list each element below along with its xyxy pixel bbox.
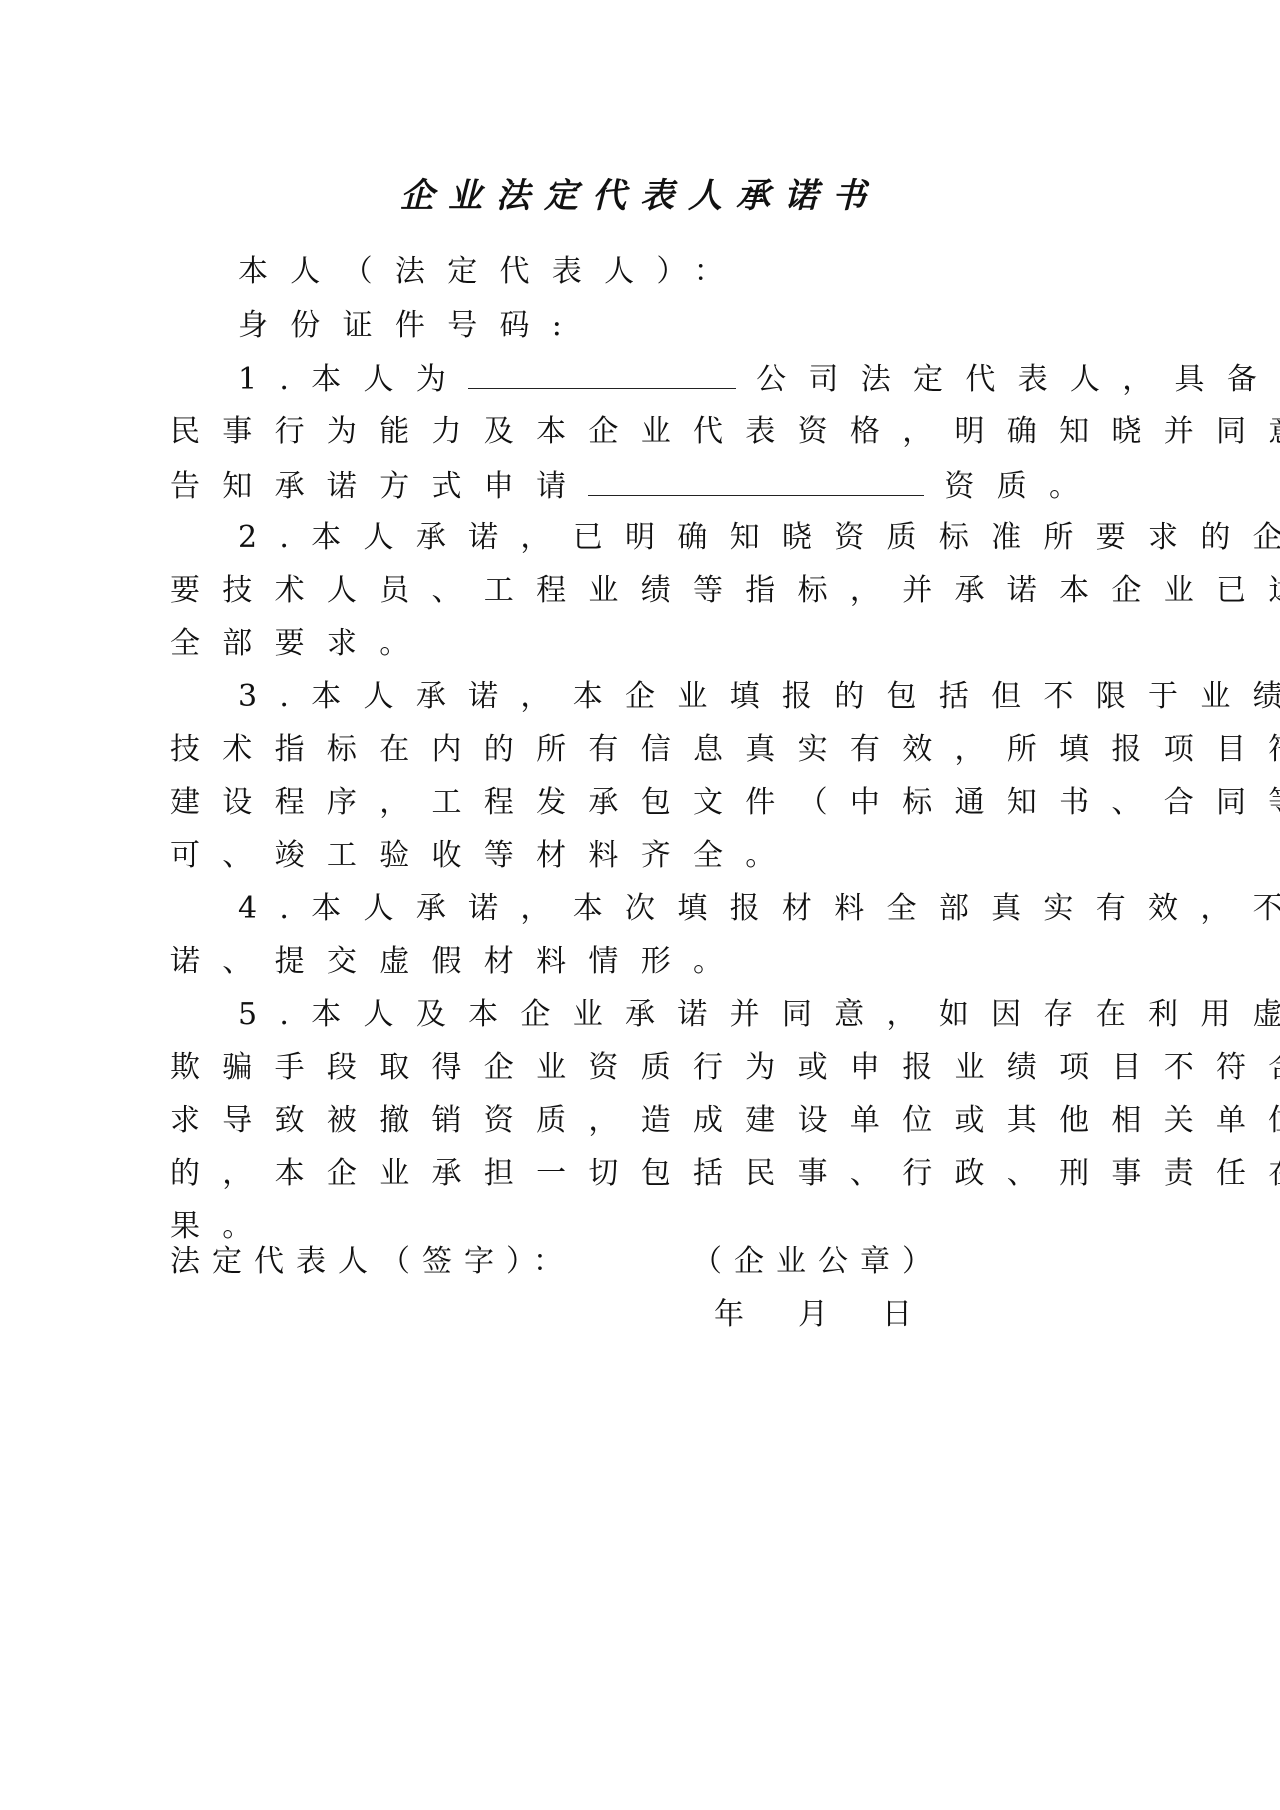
clause-3-line-1: 3.本人承诺，本企业填报的包括但不限于业绩项目及项目 (238, 677, 1198, 717)
clause-2-line-3: 全部要求。 (170, 624, 1130, 664)
clause-3-line-4: 可、竣工验收等材料齐全。 (170, 836, 1130, 876)
representative-label: 本人（法定代表人）： (238, 252, 1198, 292)
clause-4-line-2: 诺、提交虚假材料情形。 (170, 942, 1130, 982)
clause-4-line-1: 4.本人承诺，本次填报材料全部真实有效，不存在虚假承 (238, 889, 1198, 929)
clause-1-line-2: 民事行为能力及本企业代表资格，明确知晓并同意本企业通过 (170, 412, 1130, 452)
clause-1-line-3-prefix: 告知承诺方式申请 (170, 469, 588, 504)
clause-2-line-1: 2.本人承诺，已明确知晓资质标准所要求的企业资产、主 (238, 518, 1198, 558)
company-seal-label: （企业公章） (692, 1242, 944, 1282)
clause-1-line-3: 告知承诺方式申请资质。 (170, 465, 1130, 507)
clause-3-line-3: 建设程序，工程发承包文件（中标通知书、合同等）、施工许 (170, 783, 1130, 823)
id-number-label: 身份证件号码: (238, 306, 1198, 346)
representative-signature-label: 法定代表人（签字）： (170, 1242, 575, 1282)
clause-5-line-3: 求导致被撤销资质，造成建设单位或其他相关单位及个人损失 (170, 1101, 1130, 1141)
qualification-blank[interactable] (588, 465, 924, 496)
clause-5-line-1: 5.本人及本企业承诺并同意，如因存在利用虚假材料、以 (238, 995, 1198, 1035)
date-label: 年 月 日 (714, 1295, 924, 1335)
clause-5-line-4: 的，本企业承担一切包括民事、行政、刑事责任在内的法律后 (170, 1154, 1130, 1194)
company-name-blank[interactable] (468, 358, 736, 389)
clause-1-suffix: 公司法定代表人，具备完全 (756, 362, 1280, 397)
clause-5-line-5: 果。 (170, 1207, 1130, 1247)
document-title: 企业法定代表人承诺书 (0, 168, 1280, 217)
clause-1-line-1: 1.本人为公司法定代表人，具备完全 (238, 358, 1198, 400)
clause-1-prefix: 1.本人为 (238, 362, 468, 397)
clause-3-line-2: 技术指标在内的所有信息真实有效，所填报项目符合法定基本 (170, 730, 1130, 770)
clause-5-line-2: 欺骗手段取得企业资质行为或申报业绩项目不符合资质标准要 (170, 1048, 1130, 1088)
clause-2-line-2: 要技术人员、工程业绩等指标，并承诺本企业已达到资质标准 (170, 571, 1130, 611)
clause-1-line-3-suffix: 资质。 (944, 469, 1101, 504)
